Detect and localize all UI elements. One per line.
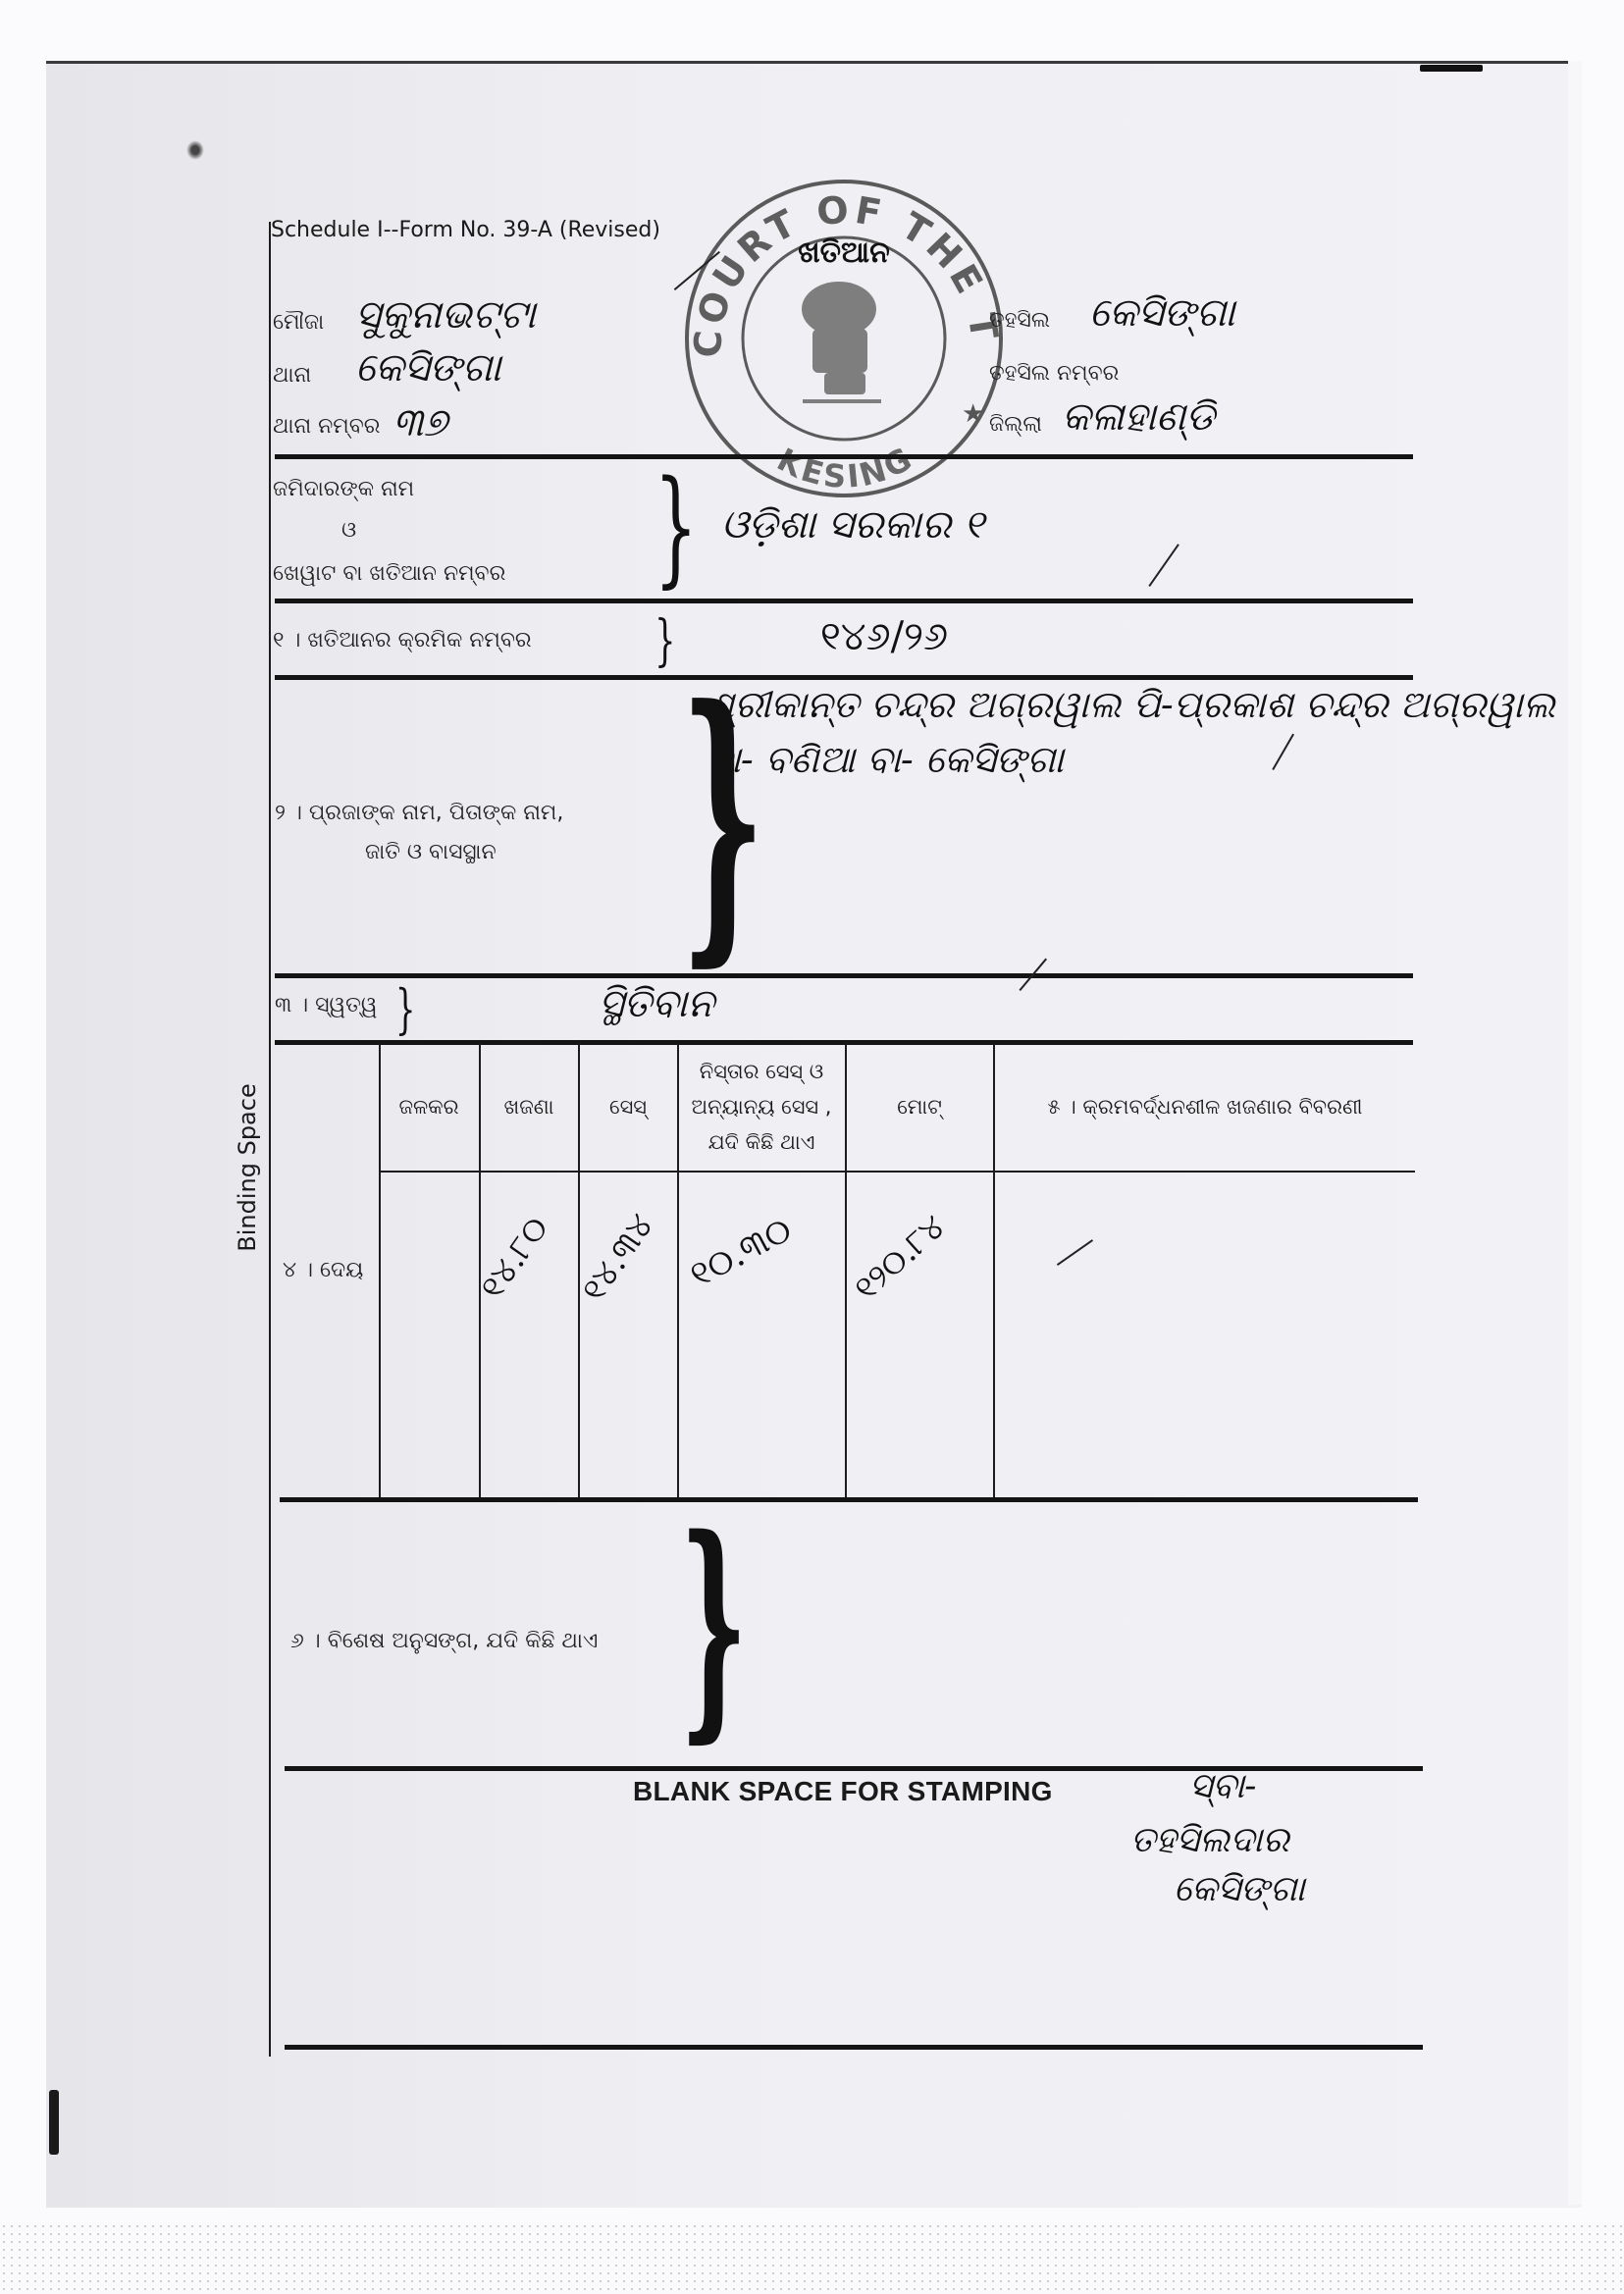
- column-header: ଜଳକର: [381, 1089, 477, 1124]
- thana-label: ଥାନା: [273, 363, 311, 388]
- column-header: ଖଜଣା: [481, 1089, 577, 1124]
- column-header: ନିସ୍ତାର ସେସ୍ ଓ: [679, 1054, 844, 1089]
- divider: [275, 973, 1413, 978]
- column-header: ମୋଟ୍: [847, 1089, 992, 1124]
- signature-line: ସ୍ବା-: [1189, 1766, 1256, 1807]
- district-label: ଜିଲ୍ଲା: [989, 412, 1042, 437]
- form-left-border: [269, 222, 271, 2057]
- column-header: ଯଦି କିଛି ଥାଏ: [679, 1124, 844, 1160]
- scan-artifact: [49, 2090, 59, 2155]
- brace-icon: }: [395, 983, 416, 1036]
- brace-icon: }: [679, 1507, 747, 1743]
- column-header: ଅନ୍ୟାନ୍ୟ ସେସ ,: [679, 1089, 844, 1124]
- brace-icon: }: [655, 614, 675, 669]
- signature-line: କେସିଙ୍ଗା: [1174, 1869, 1305, 1910]
- swatwa-label: ୩ । ସ୍ୱତ୍ୱ: [275, 993, 377, 1017]
- thana-number-value: ୩୭: [393, 400, 447, 445]
- scan-artifact: [1420, 65, 1483, 72]
- brace-icon: }: [654, 465, 698, 591]
- district-value: କଳାହାଣ୍ଡି: [1062, 394, 1215, 440]
- raiyat-value-2: ଜା- ବଣିଆ ବା- କେସିଙ୍ଗା: [707, 738, 1064, 782]
- special-remarks-label: ୬ । ବିଶେଷ ଅନୁସଙ୍ଗ, ଯଦି କିଛି ଥାଏ: [290, 1629, 598, 1653]
- column-header: ସେସ୍: [580, 1089, 676, 1124]
- seal-inner-label: ଖତିଆନ: [798, 235, 890, 270]
- star-icon: ★: [962, 399, 984, 429]
- tahasil-number-label: ତହସିଲ ନମ୍ବର: [989, 361, 1119, 386]
- page-edge: [1568, 61, 1582, 2205]
- divider: [275, 1040, 1413, 1045]
- divider: [280, 1497, 1418, 1502]
- column-header: ୫ । କ୍ରମବର୍ଦ୍ଧନଶୀଳ ଖଜଣାର ବିବରଣୀ: [995, 1089, 1415, 1124]
- row-label: ୪ । ଦେୟ: [283, 1258, 363, 1282]
- emblem-icon: [802, 282, 881, 403]
- scanner-background: [0, 2222, 1624, 2294]
- khatian-serial-label: ୧ । ଖତିଆନର କ୍ରମିକ ନମ୍ବର: [273, 628, 532, 652]
- zamindar-value: ଓଡ଼ିଶା ସରକାର ୧: [721, 502, 984, 547]
- divider: [285, 2045, 1423, 2050]
- raiyat-value-1: ଶ୍ରୀକାନ୍ତ ଚନ୍ଦ୍ର ଅଗ୍ରୱାଲ ପି-ପ୍ରକାଶ ଚନ୍ଦ୍…: [707, 683, 1555, 727]
- raiyat-label-2: ଜାତି ଓ ବାସସ୍ଥାନ: [365, 840, 497, 864]
- header-rule: [380, 1171, 1415, 1173]
- mouza-value: ସୁକୁନାଭଟ୍ଟା: [355, 292, 536, 338]
- signature-line: ତହସିଲଦାର: [1130, 1820, 1289, 1861]
- form-title: Schedule I--Form No. 39-A (Revised): [271, 218, 660, 242]
- thana-value: କେସିଙ୍ଗା: [355, 345, 501, 391]
- tahasil-label: ତହସିଲ: [989, 308, 1050, 333]
- binding-space-label: Binding Space: [234, 1083, 261, 1251]
- thana-number-label: ଥାନା ନମ୍ବର: [273, 414, 380, 439]
- mouza-label: ମୌଜା: [273, 310, 324, 335]
- zamindar-label-2: ଓ: [341, 518, 356, 543]
- zamindar-label-1: ଜମିଦାରଙ୍କ ନାମ: [273, 477, 414, 501]
- divider: [275, 454, 1413, 459]
- divider: [275, 599, 1413, 603]
- divider: [275, 675, 1413, 680]
- raiyat-label-1: ୨ । ପ୍ରଜାଙ୍କ ନାମ, ପିତାଙ୍କ ନାମ,: [275, 801, 563, 825]
- zamindar-label-3: ଖେୱାଟ ବା ଖତିଆନ ନମ୍ବର: [273, 561, 505, 586]
- tahasil-value: କେସିଙ୍ଗା: [1089, 290, 1235, 336]
- swatwa-value: ସ୍ଥିତିବାନ: [599, 981, 714, 1026]
- khatian-serial-value: ୧୪୬/୨୬: [820, 614, 948, 659]
- scan-artifact: [186, 140, 204, 160]
- blank-space-label: BLANK SPACE FOR STAMPING: [633, 1776, 1053, 1807]
